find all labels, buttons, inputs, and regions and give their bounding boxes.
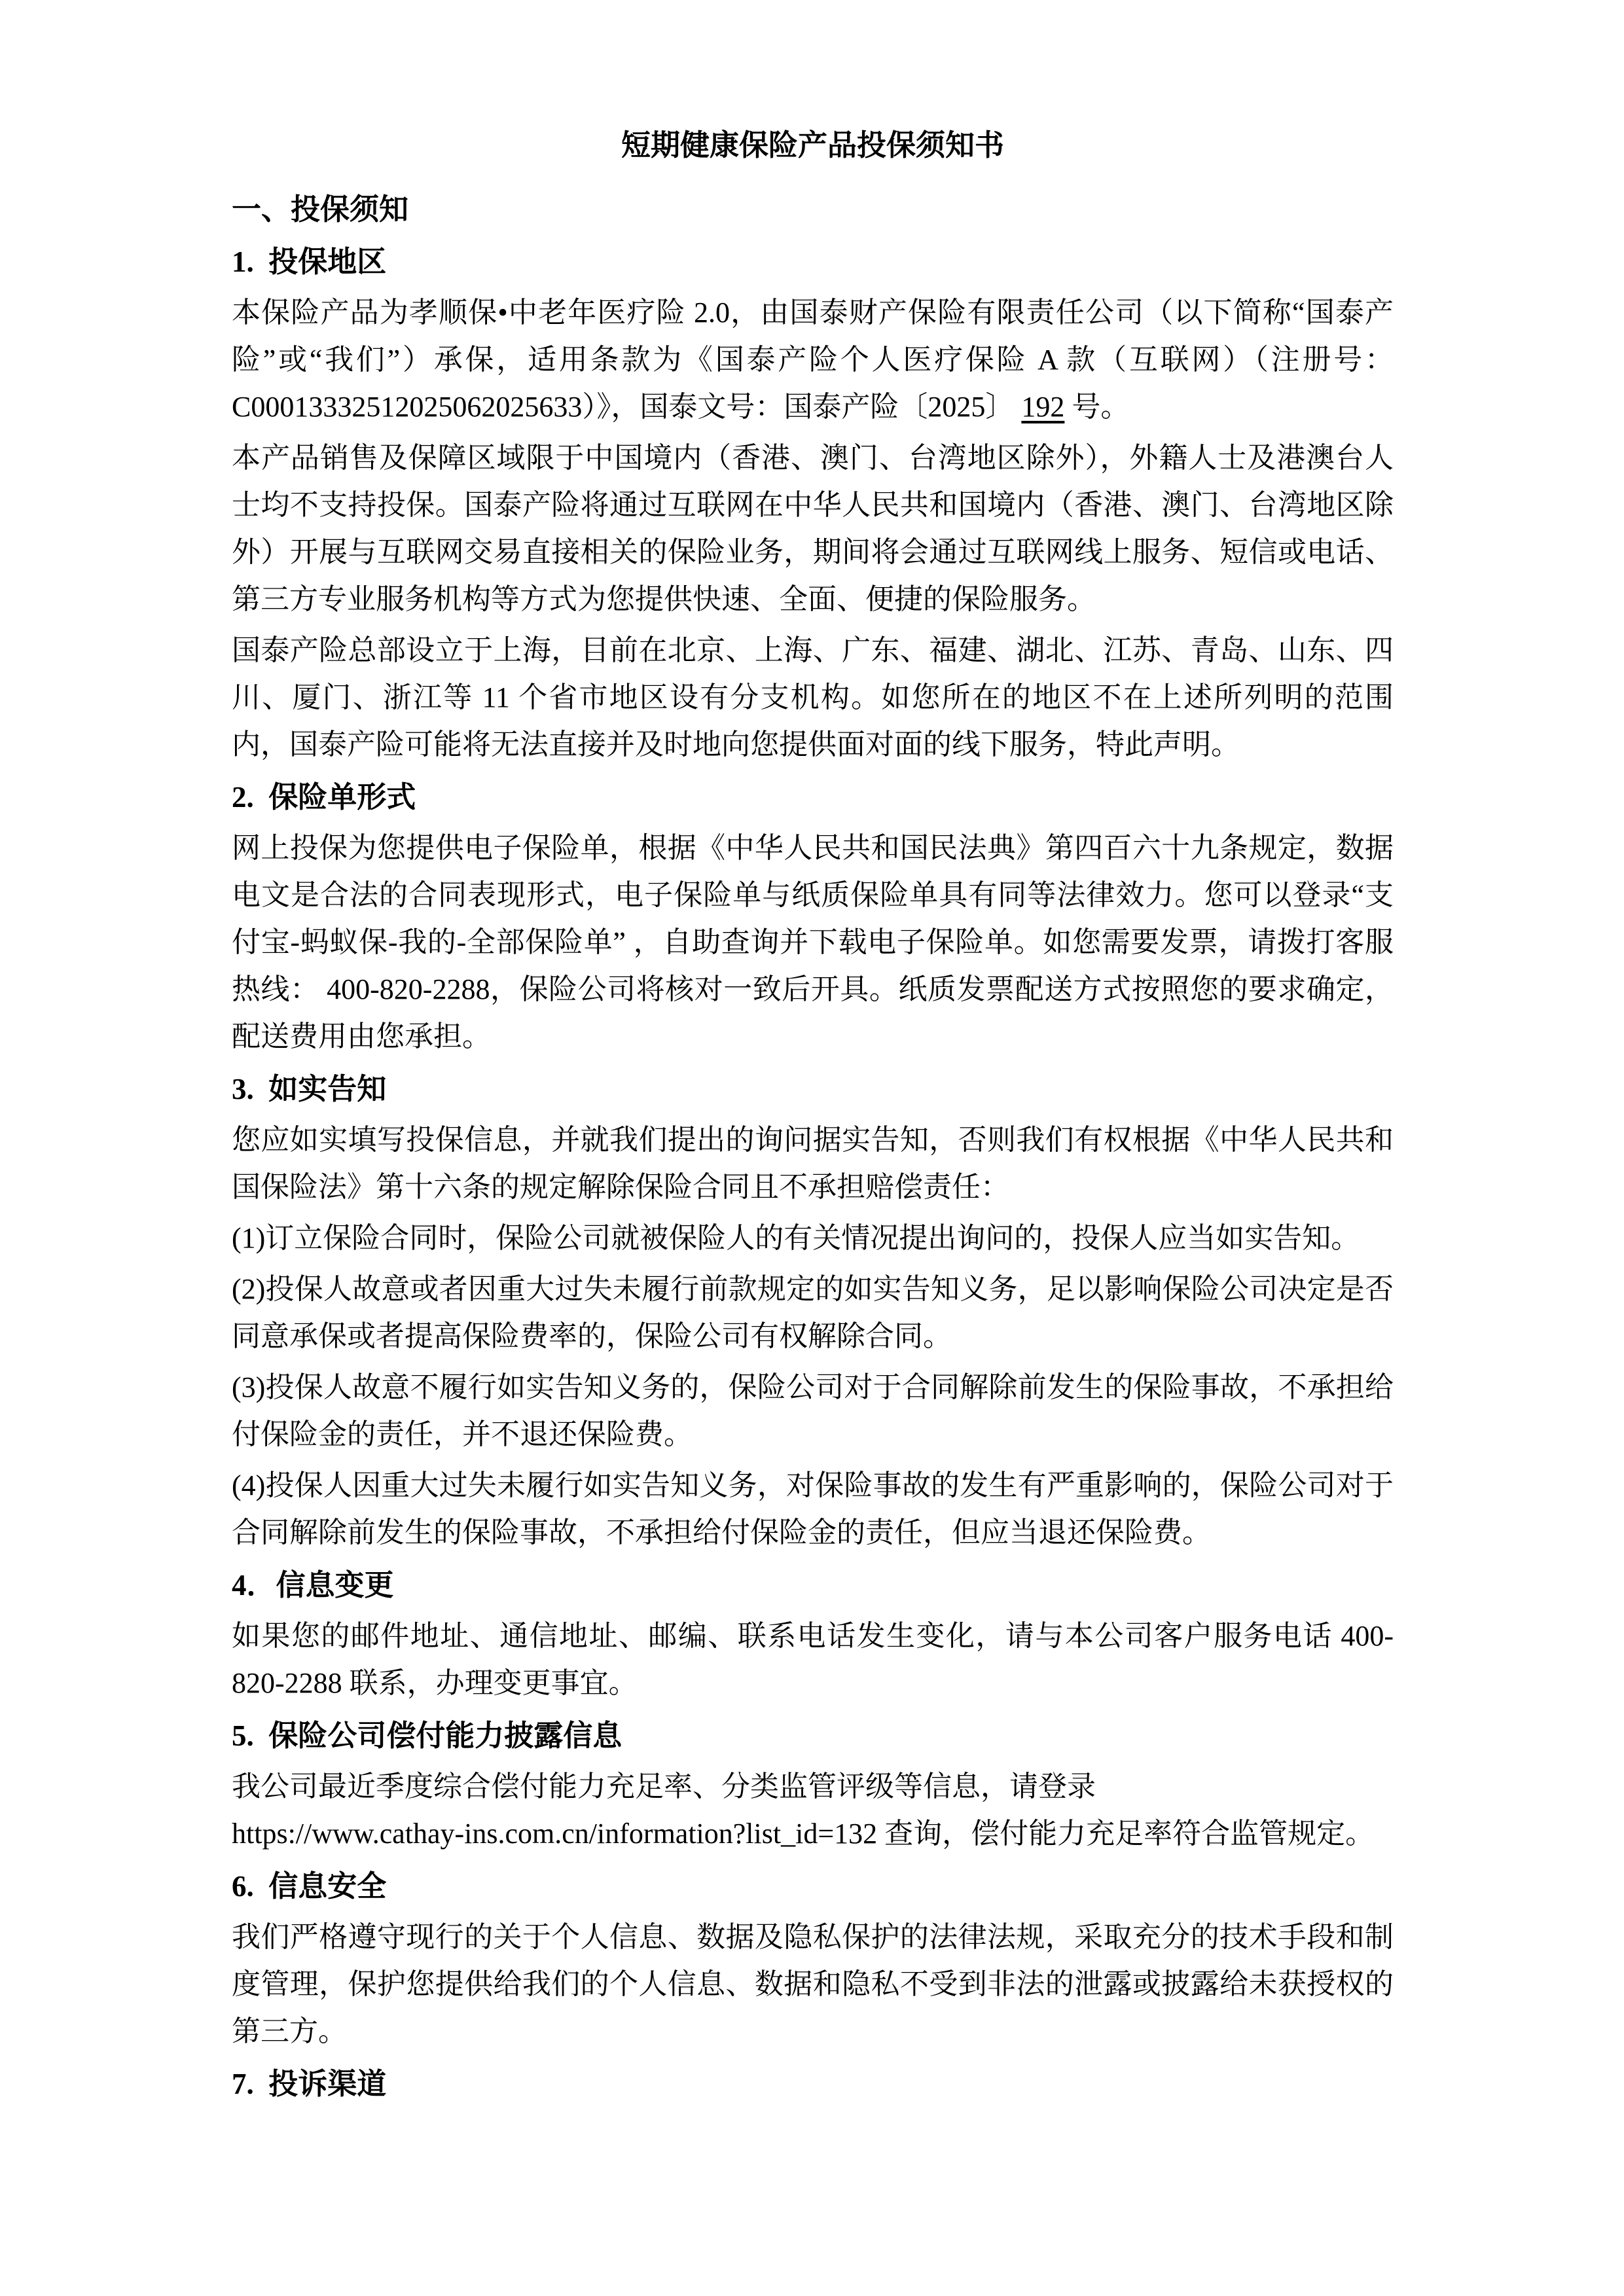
section-heading-7: 7. 投诉渠道 xyxy=(232,2060,1394,2108)
disclosure-url: https://www.cathay-ins.com.cn/informatio… xyxy=(232,1818,877,1850)
section-heading-3: 3. 如实告知 xyxy=(232,1066,1394,1113)
section-3-item-3: (3)投保人故意不履行如实告知义务的，保险公司对于合同解除前发生的保险事故，不承… xyxy=(232,1364,1394,1458)
underlined-document-number: 192 xyxy=(1021,391,1064,423)
section-6-paragraph-1: 我们严格遵守现行的关于个人信息、数据及隐私保护的法律法规，采取充分的技术手段和制… xyxy=(232,1914,1394,2055)
section-5-paragraph-1: 我公司最近季度综合偿付能力充足率、分类监管评级等信息，请登录 https://w… xyxy=(232,1763,1394,1857)
paragraph-text-pre: 我公司最近季度综合偿付能力充足率、分类监管评级等信息，请登录 xyxy=(232,1770,1096,1803)
section-heading-4: 4．信息变更 xyxy=(232,1562,1394,1609)
document-page: 短期健康保险产品投保须知书 一、投保须知 1. 投保地区 本保险产品为孝顺保•中… xyxy=(0,0,1624,2296)
chapter-heading: 一、投保须知 xyxy=(232,186,1394,233)
document-title: 短期健康保险产品投保须知书 xyxy=(232,122,1394,169)
section-4-paragraph-1: 如果您的邮件地址、通信地址、邮编、联系电话发生变化，请与本公司客户服务电话 40… xyxy=(232,1613,1394,1707)
section-2-paragraph-1: 网上投保为您提供电子保险单，根据《中华人民共和国民法典》第四百六十九条规定，数据… xyxy=(232,825,1394,1060)
paragraph-text-post: 查询，偿付能力充足率符合监管规定。 xyxy=(877,1818,1374,1850)
section-heading-2: 2. 保险单形式 xyxy=(232,774,1394,821)
section-1-paragraph-3: 国泰产险总部设立于上海，目前在北京、上海、广东、福建、湖北、江苏、青岛、山东、四… xyxy=(232,627,1394,768)
section-3-item-1: (1)订立保险合同时，保险公司就被保险人的有关情况提出询问的，投保人应当如实告知… xyxy=(232,1215,1394,1262)
section-heading-1: 1. 投保地区 xyxy=(232,238,1394,285)
section-heading-5: 5. 保险公司偿付能力披露信息 xyxy=(232,1712,1394,1759)
section-1-paragraph-2: 本产品销售及保障区域限于中国境内（香港、澳门、台湾地区除外），外籍人士及港澳台人… xyxy=(232,435,1394,623)
paragraph-text-pre: 本保险产品为孝顺保•中老年医疗险 2.0，由国泰财产保险有限责任公司（以下简称“… xyxy=(232,296,1394,423)
section-3-item-2: (2)投保人故意或者因重大过失未履行前款规定的如实告知义务，足以影响保险公司决定… xyxy=(232,1266,1394,1360)
section-3-item-4: (4)投保人因重大过失未履行如实告知义务，对保险事故的发生有严重影响的，保险公司… xyxy=(232,1462,1394,1556)
paragraph-text-post: 号。 xyxy=(1064,391,1129,423)
section-3-intro: 您应如实填写投保信息，并就我们提出的询问据实告知，否则我们有权根据《中华人民共和… xyxy=(232,1117,1394,1211)
section-heading-6: 6. 信息安全 xyxy=(232,1863,1394,1910)
section-1-paragraph-1: 本保险产品为孝顺保•中老年医疗险 2.0，由国泰财产保险有限责任公司（以下简称“… xyxy=(232,289,1394,431)
